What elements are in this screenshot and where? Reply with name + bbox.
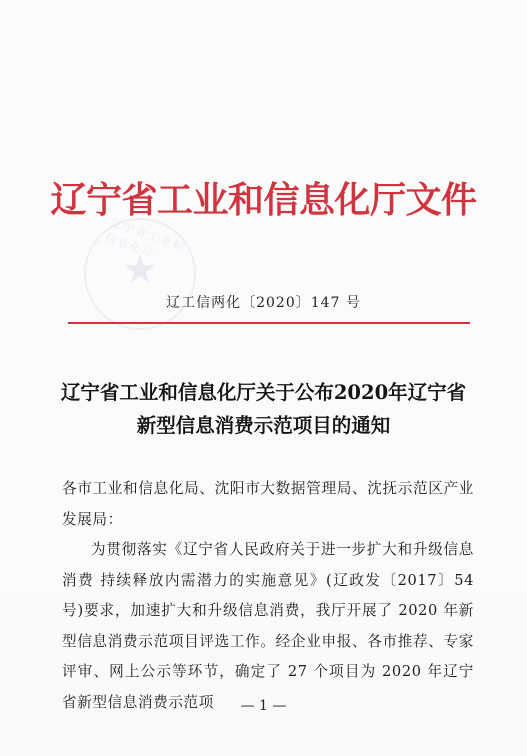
document-body: 各市工业和信息化局、沈阳市大数据管理局、沈抚示范区产业发展局： 为贯彻落实《辽宁… xyxy=(62,474,474,718)
star-icon: ★ xyxy=(122,250,158,290)
addressee-line: 各市工业和信息化局、沈阳市大数据管理局、沈抚示范区产业发展局： xyxy=(62,474,474,535)
notice-title-line-2: 新型信息消费示范项目的通知 xyxy=(0,409,527,442)
page-number: — 1 — xyxy=(0,698,527,714)
notice-title-line-1: 辽宁省工业和信息化厅关于公布2020年辽宁省 xyxy=(0,376,527,409)
document-header-title: 辽宁省工业和信息化厅文件 xyxy=(0,174,527,226)
official-seal: 辽宁省工业和信息化厅 ★ xyxy=(84,218,196,330)
red-divider-line xyxy=(68,322,470,324)
body-paragraph: 为贯彻落实《辽宁省人民政府关于进一步扩大和升级信息消费 持续释放内需潜力的实施意… xyxy=(62,535,474,718)
notice-title: 辽宁省工业和信息化厅关于公布2020年辽宁省 新型信息消费示范项目的通知 xyxy=(0,376,527,442)
document-page: 辽宁省工业和信息化厅 ★ 辽宁省工业和信息化厅文件 辽工信两化〔2020〕147… xyxy=(0,0,527,756)
document-number: 辽工信两化〔2020〕147 号 xyxy=(0,292,527,312)
